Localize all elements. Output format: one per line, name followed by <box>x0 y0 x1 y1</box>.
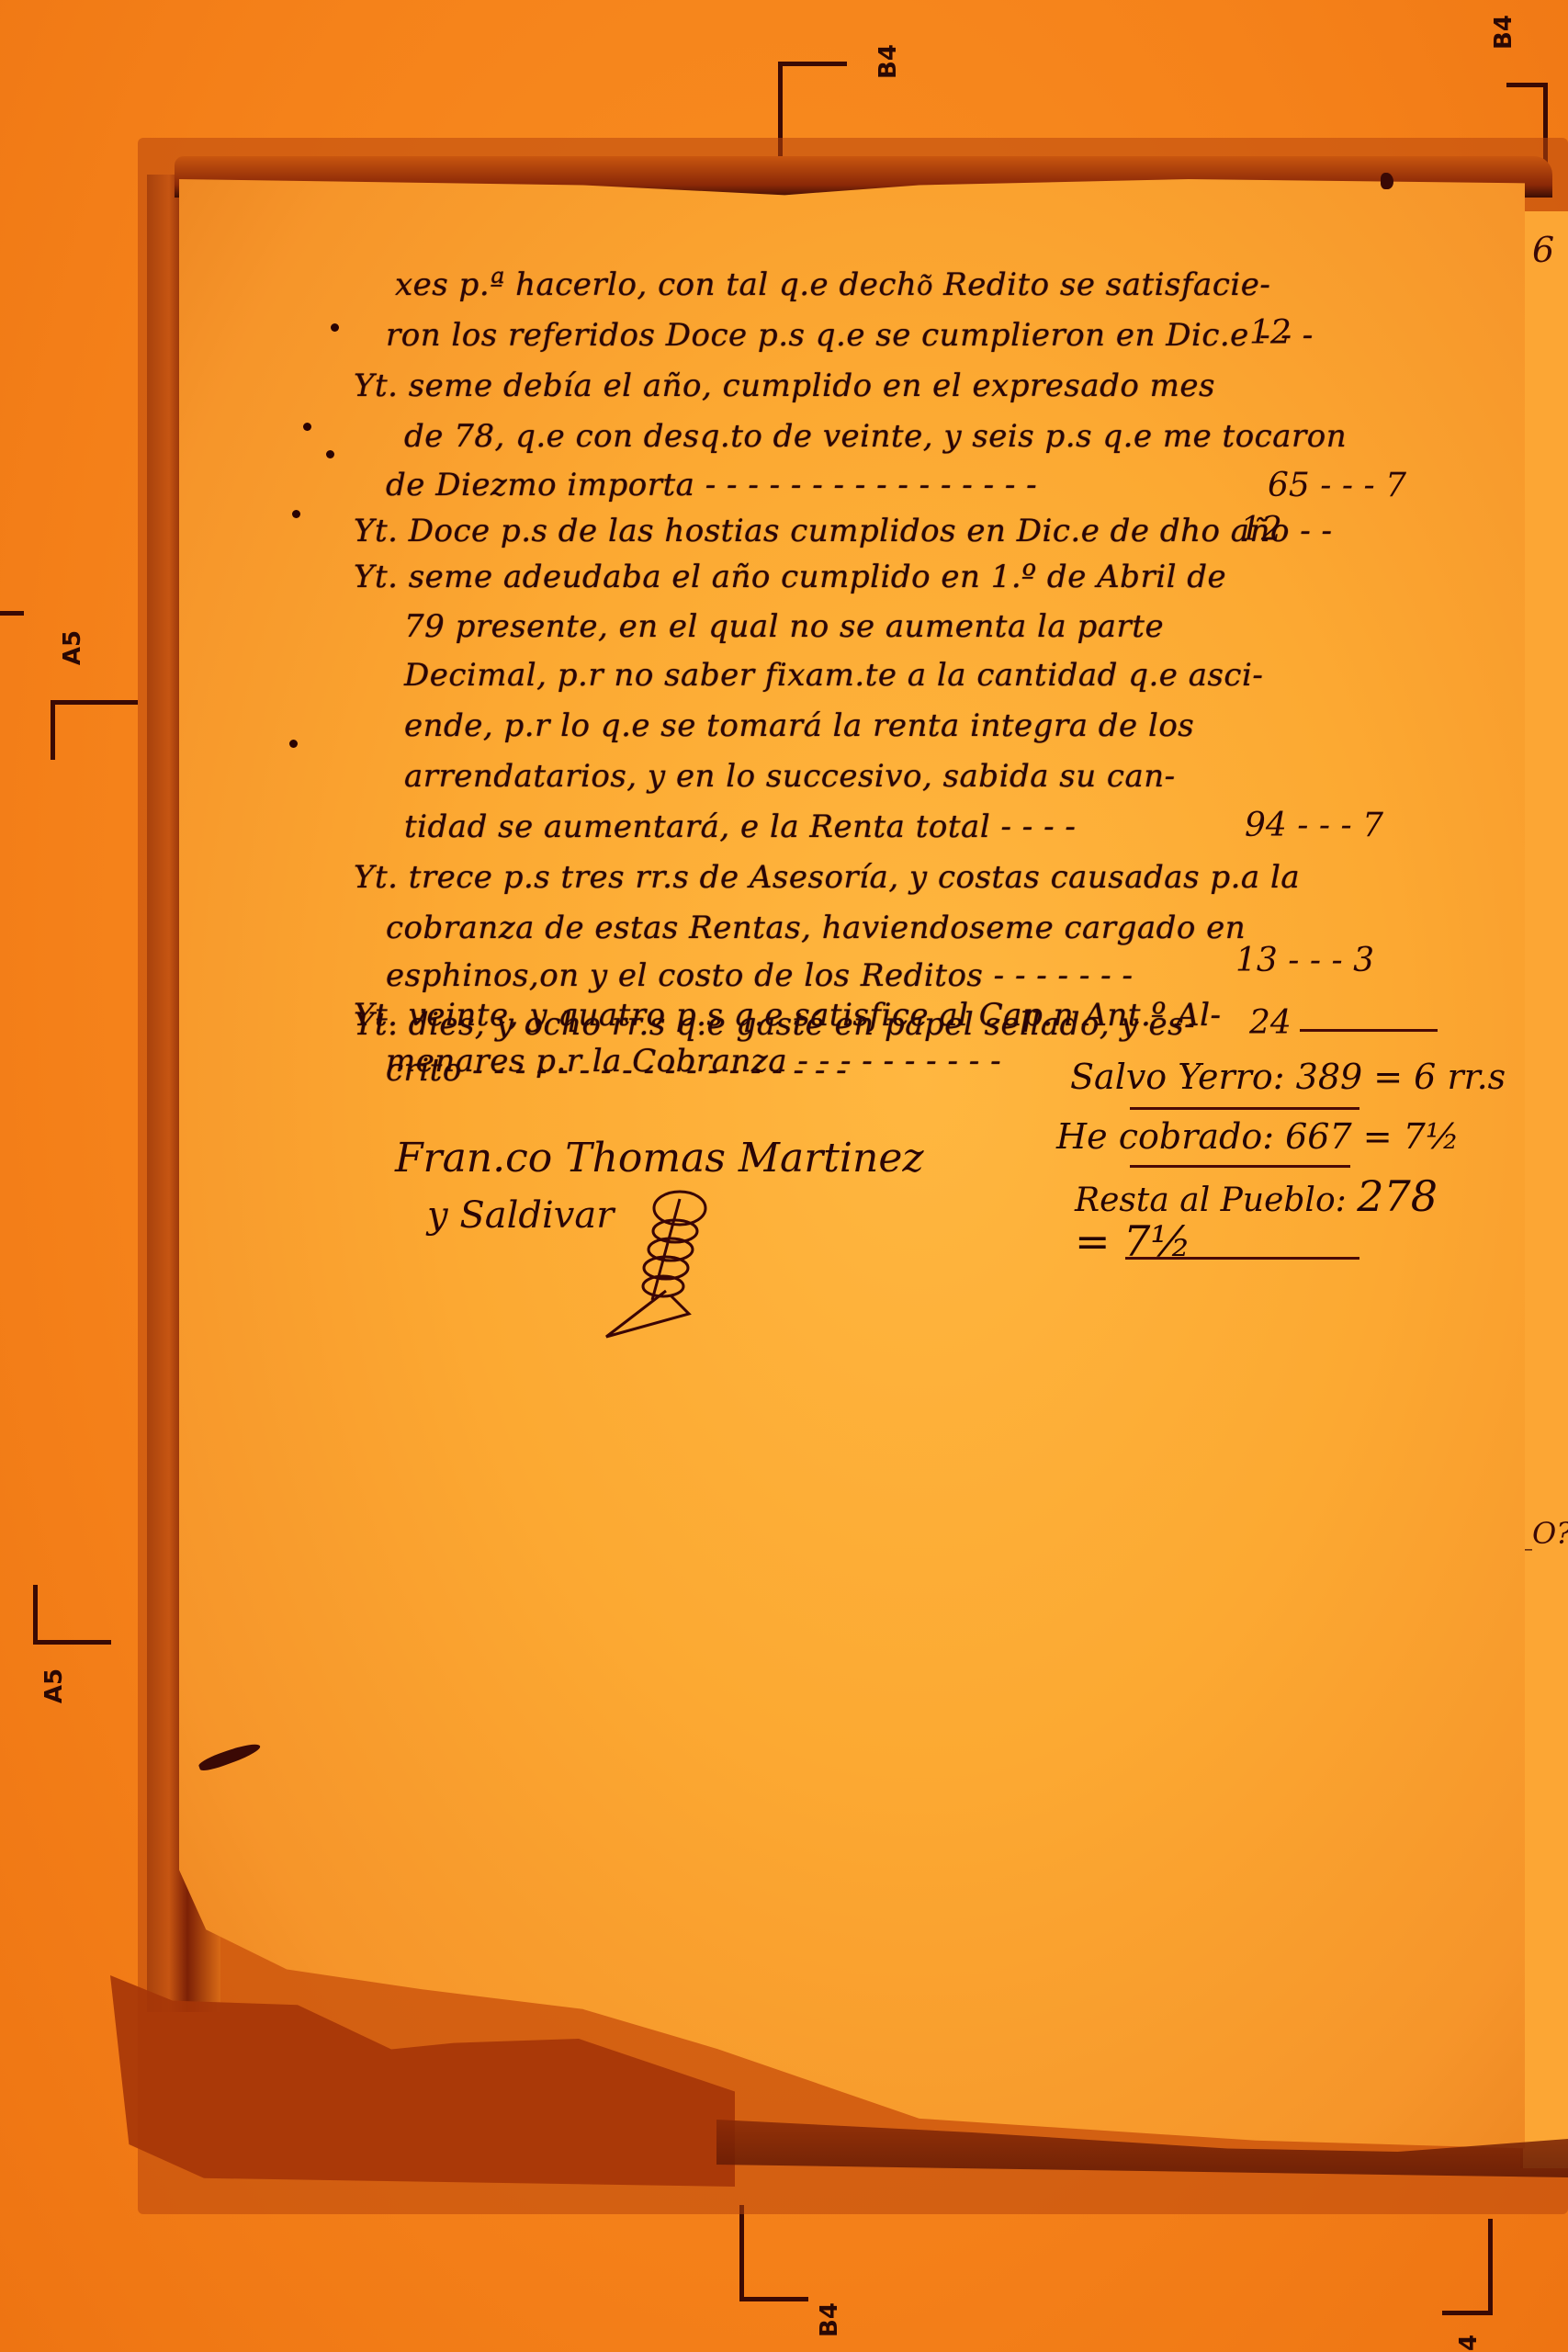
total-resta-pueblo: Resta al Pueblo: 278 = 7½ <box>1075 1176 1461 1266</box>
adjacent-page-fragment-top: 6 <box>1532 230 1554 270</box>
crop-mark-left-upper-bracket <box>51 700 138 760</box>
total-rule <box>1130 1107 1359 1110</box>
total-rule <box>1130 1165 1350 1168</box>
total-label: He cobrado: <box>1056 1116 1274 1157</box>
ink-speck <box>326 450 334 458</box>
entry-amount: 12 <box>1240 511 1282 548</box>
entry-line: ron los referidos Doce p.s q.e se cumpli… <box>386 317 1314 354</box>
crop-label-bottom-left: B4 <box>816 2302 843 2337</box>
entry-line: esphinos,on y el costo de los Reditos - … <box>386 957 1133 994</box>
crop-label-top-left: B4 <box>874 44 902 79</box>
entry-line: tidad se aumentará, e la Renta total - -… <box>404 808 1076 845</box>
entry-amount: 65 - - - 7 <box>1268 467 1406 504</box>
entry-line: Decimal, p.r no saber fixam.te a la cant… <box>404 657 1263 694</box>
crop-mark-bottom-right <box>1442 2219 1493 2315</box>
entry-amount: 12 <box>1249 314 1292 352</box>
crop-label-top-right: B4 <box>1490 15 1517 50</box>
entry-line: Yt. seme debía el año, cumplido en el ex… <box>354 367 1215 404</box>
signature-block: Fran.co Thomas Martinez y Saldivar <box>395 1098 909 1346</box>
signature-name: Fran.co Thomas Martinez <box>395 1135 924 1182</box>
entry-amount: 24 <box>1249 1004 1292 1042</box>
entry-line: Yt. veinte, y quatro p.s q.e satisfice a… <box>354 997 1221 1034</box>
total-he-cobrado: He cobrado: 667 = 7½ <box>1056 1116 1460 1157</box>
entry-amount: 94 - - - 7 <box>1245 807 1383 844</box>
entry-line: arrendatarios, y en lo succesivo, sabida… <box>404 758 1176 795</box>
ink-speck <box>289 740 298 748</box>
total-salvo-yerro: Salvo Yerro: 389 = 6 rr.s <box>1070 1057 1506 1097</box>
entry-line: de Diezmo importa - - - - - - - - - - - … <box>386 467 1037 503</box>
crop-label-bottom-right: 4 <box>1455 2335 1483 2351</box>
entry-line: Yt. seme adeudaba el año cumplido en 1.º… <box>354 559 1226 595</box>
entry-line: xes p.ª hacerlo, con tal q.e decho͂ Redi… <box>395 266 1270 303</box>
entry-amount: 13 - - - 3 <box>1235 942 1374 979</box>
entry-line: menares p.r la Cobranza - - - - - - - - … <box>386 1043 1001 1080</box>
totals-block: Salvo Yerro: 389 = 6 rr.s He cobrado: 66… <box>1056 1057 1461 1268</box>
adjacent-page-fragment-lower: _O? <box>1517 1516 1568 1551</box>
amount-rule <box>1300 1029 1438 1032</box>
total-label: Salvo Yerro: <box>1070 1057 1285 1097</box>
entry-line: Yt. trece p.s tres rr.s de Asesoría, y c… <box>354 859 1300 896</box>
ink-speck <box>331 323 339 332</box>
total-rule <box>1125 1257 1359 1260</box>
entry-line: Yt. Doce p.s de las hostias cumplidos en… <box>354 513 1333 549</box>
crop-mark-left-lower <box>33 1585 111 1645</box>
entry-line: de 78, q.e con desq.to de veinte, y seis… <box>404 418 1347 455</box>
crop-label-left-upper: A5 <box>59 630 86 665</box>
crop-mark-bottom-left <box>739 2205 808 2301</box>
entry-line: 79 presente, en el qual no se aumenta la… <box>404 608 1164 645</box>
entry-line: cobranza de estas Rentas, haviendoseme c… <box>386 910 1246 946</box>
adjacent-page-edge: 6 _O? <box>1520 211 1568 2168</box>
total-label: Resta al Pueblo: <box>1075 1182 1347 1219</box>
rubric-flourish-icon <box>579 1190 744 1346</box>
ink-speck <box>292 510 300 518</box>
total-value: 667 = 7½ <box>1285 1116 1460 1157</box>
ink-mark-top-edge <box>1381 173 1393 189</box>
ink-speck <box>303 423 311 431</box>
entry-line: ende, p.r lo q.e se tomará la renta inte… <box>404 707 1194 744</box>
crop-label-left-lower: A5 <box>40 1668 68 1703</box>
total-value: 389 = 6 rr.s <box>1296 1057 1506 1097</box>
account-entries: xes p.ª hacerlo, con tal q.e decho͂ Redi… <box>363 266 1465 1093</box>
crop-mark-left-upper <box>0 611 24 616</box>
